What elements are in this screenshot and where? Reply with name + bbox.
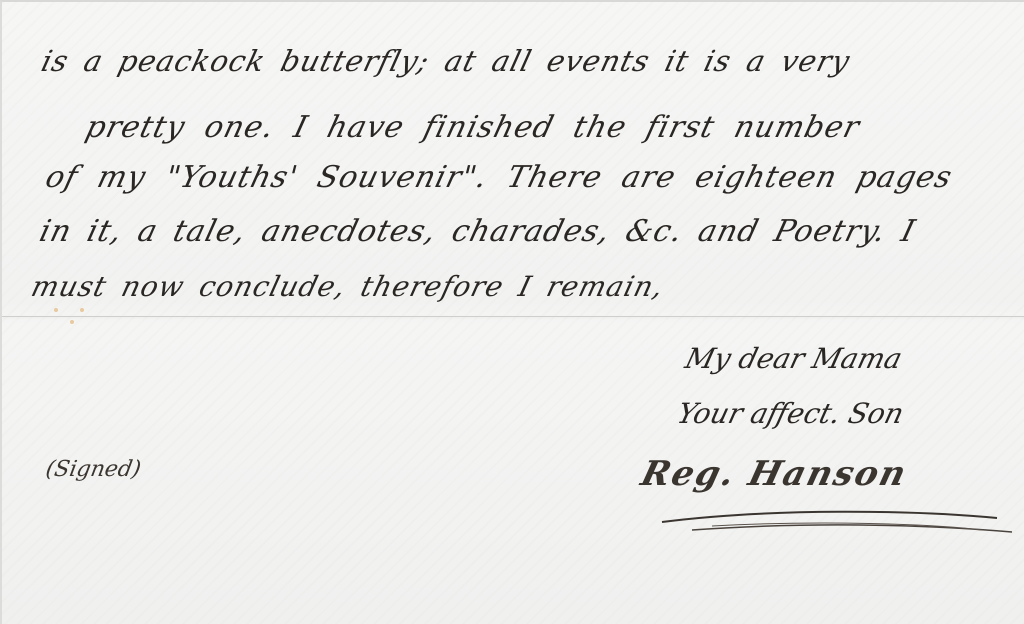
signed-annotation: (Signed) [44,457,143,482]
foxing-spot [80,308,84,312]
signature-flourish-icon [652,500,1024,540]
foxing-spot [70,320,74,324]
closing-valediction: Your affect. Son [674,397,907,430]
signature: Reg. Hanson [637,454,912,494]
foxing-spot [54,308,58,312]
paper-fold-crease [2,316,1024,317]
letter-line-1: is a peackock butterfly; at all events i… [38,44,854,78]
letter-page: is a peackock butterfly; at all events i… [0,0,1024,624]
letter-line-2: pretty one. I have finished the first nu… [82,110,864,145]
closing-salutation: My dear Mama [682,342,906,375]
letter-line-5: must now conclude, therefore I remain, [28,270,668,303]
letter-line-4: in it, a tale, anecdotes, charades, &c. … [36,214,919,249]
letter-line-3: of my "Youths' Souvenir". There are eigh… [42,160,956,195]
